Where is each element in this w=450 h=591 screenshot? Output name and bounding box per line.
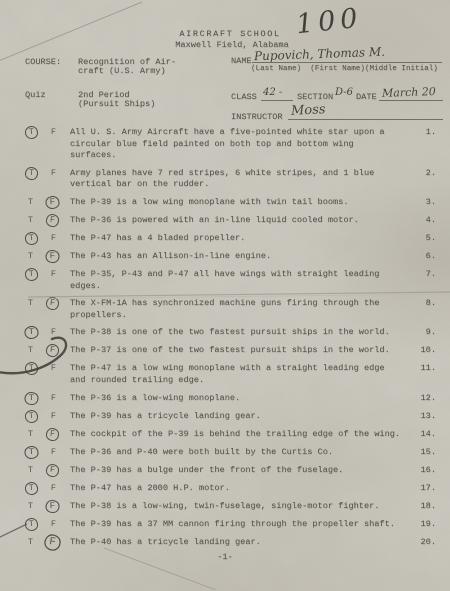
question-row: T F All U. S. Army Aircraft have a five-… — [24, 127, 436, 162]
answer-false-mark: F — [45, 250, 60, 264]
answer-marks: T F — [24, 127, 70, 139]
answer-false-mark: F — [45, 463, 59, 477]
answer-false-mark: F — [48, 168, 59, 179]
answer-true-mark: T — [24, 409, 38, 423]
answer-marks: T F — [24, 233, 70, 245]
answer-marks: T F — [24, 537, 70, 549]
date-underline — [379, 100, 443, 101]
answer-true-mark: T — [25, 537, 36, 548]
class-underline — [261, 100, 293, 101]
answer-marks: T F — [24, 215, 70, 227]
handwritten-date: March 20 — [382, 85, 436, 100]
answer-marks: T F — [24, 519, 70, 531]
name-label: NAME — [231, 56, 252, 66]
answer-marks: T F — [24, 168, 70, 180]
handwritten-section: D-6 — [335, 87, 353, 98]
answer-true-mark: T — [25, 215, 36, 226]
answer-true-mark: T — [24, 391, 39, 405]
question-text: The P-38 is one of the two fastest pursu… — [70, 327, 408, 339]
name-caption: (Last Name) (First Name)(Middle Initial) — [251, 64, 438, 74]
answer-marks: T F — [24, 345, 70, 357]
answer-false-mark: F — [48, 519, 59, 530]
answer-marks: T F — [24, 269, 70, 281]
answer-true-mark: T — [24, 326, 39, 340]
question-text: The P-47 has a 2000 H.P. motor. — [70, 483, 408, 495]
answer-true-mark: T — [24, 362, 38, 376]
class-label: CLASS — [231, 92, 257, 102]
question-row: T F The P-39 has a bulge under the front… — [24, 465, 436, 477]
question-number: 10. — [408, 345, 436, 357]
answer-false-mark: F — [48, 233, 59, 244]
question-row: T F Army planes have 7 red stripes, 6 wh… — [24, 168, 436, 191]
question-number: 2. — [408, 168, 436, 180]
question-row: T F The P-36 and P-40 were both built by… — [24, 447, 436, 459]
answer-true-mark: T — [24, 231, 38, 245]
answer-true-mark: T — [24, 445, 39, 459]
question-number: 8. — [408, 298, 436, 310]
question-text: The cockpit of the P-39 is behind the tr… — [70, 429, 408, 441]
question-row: T F The P-36 is powered with an in-line … — [24, 215, 436, 227]
question-number: 15. — [408, 447, 436, 459]
question-text: The P-37 is one of the two fastest pursu… — [70, 345, 408, 357]
course-label: COURSE: — [25, 57, 61, 67]
question-number: 9. — [408, 327, 436, 339]
answer-false-mark: F — [48, 127, 59, 138]
answer-false-mark: F — [45, 213, 59, 227]
answer-marks: T F — [24, 411, 70, 423]
answer-marks: T F — [24, 429, 70, 441]
answer-true-mark: T — [25, 197, 36, 208]
question-number: 1. — [408, 127, 436, 139]
question-text: The X-FM-1A has synchronized machine gun… — [70, 298, 408, 321]
answer-true-mark: T — [25, 429, 36, 440]
question-text: The P-43 has an Allison-in-line engine. — [70, 251, 408, 263]
question-number: 20. — [408, 537, 436, 549]
question-row: T F The P-38 is one of the two fastest p… — [24, 327, 436, 339]
answer-marks: T F — [24, 465, 70, 477]
question-text: The P-38 is a low-wing, twin-fuselage, s… — [70, 501, 408, 513]
question-number: 19. — [408, 519, 436, 531]
question-number: 18. — [408, 501, 436, 513]
question-text: The P-35, P-43 and P-47 all have wings w… — [70, 269, 408, 292]
answer-false-mark: F — [48, 363, 59, 374]
answer-true-mark: T — [24, 481, 38, 495]
question-row: T F The P-43 has an Allison-in-line engi… — [24, 251, 436, 263]
date-label: DATE — [356, 92, 377, 102]
handwritten-class: 42 - — [263, 87, 282, 98]
answer-false-mark: F — [45, 344, 59, 358]
question-number: 5. — [408, 233, 436, 245]
answer-false-mark: F — [48, 483, 59, 494]
question-row: T F The P-37 is one of the two fastest p… — [24, 345, 436, 357]
section-label: SECTION — [297, 92, 333, 102]
answer-marks: T F — [24, 447, 70, 459]
question-text: All U. S. Army Aircraft have a five-poin… — [70, 127, 408, 162]
quiz-label: Quiz — [25, 90, 46, 100]
question-text: The P-47 has a 4 bladed propeller. — [70, 233, 408, 245]
question-row: T F The P-39 is a low wing monoplane wit… — [24, 197, 436, 209]
question-list: T F All U. S. Army Aircraft have a five-… — [24, 127, 436, 555]
answer-true-mark: T — [25, 465, 36, 476]
question-row: T F The P-39 has a tricycle landing gear… — [24, 411, 436, 423]
answer-marks: T F — [24, 327, 70, 339]
question-row: T F The P-35, P-43 and P-47 all have win… — [24, 269, 436, 292]
answer-marks: T F — [24, 298, 70, 310]
name-underline — [252, 62, 442, 63]
answer-true-mark: T — [25, 251, 36, 262]
instructor-underline — [288, 119, 443, 120]
question-number: 7. — [408, 269, 436, 281]
question-text: The P-39 has a 37 MM cannon firing throu… — [70, 519, 408, 531]
answer-false-mark: F — [45, 499, 60, 513]
crease-top-left — [0, 2, 142, 62]
question-number: 3. — [408, 197, 436, 209]
question-number: 16. — [408, 465, 436, 477]
answer-true-mark: T — [24, 166, 38, 180]
answer-marks: T F — [24, 393, 70, 405]
question-text: The P-40 has a tricycle landing gear. — [70, 537, 408, 549]
answer-false-mark: F — [48, 411, 59, 422]
question-number: 4. — [408, 215, 436, 227]
scanned-quiz-document: 100 AIRCRAFT SCHOOL Maxwell Field, Alaba… — [0, 0, 450, 591]
question-number: 6. — [408, 251, 436, 263]
question-row: T F The P-47 has a 4 bladed propeller. 5… — [24, 233, 436, 245]
question-row: T F The P-39 has a 37 MM cannon firing t… — [24, 519, 436, 531]
question-row: T F The P-36 is a low-wing monoplane. 12… — [24, 393, 436, 405]
question-number: 11. — [408, 363, 436, 375]
question-text: The P-39 has a bulge under the front of … — [70, 465, 408, 477]
question-row: T F The cockpit of the P-39 is behind th… — [24, 429, 436, 441]
answer-marks: T F — [24, 501, 70, 513]
pen-tail-mark — [0, 524, 27, 538]
school-title: AIRCRAFT SCHOOL — [140, 29, 320, 39]
answer-false-mark: F — [48, 393, 59, 404]
handwritten-instructor: Moss — [291, 102, 326, 119]
question-text: The P-36 is a low-wing monoplane. — [70, 393, 408, 405]
answer-false-mark: F — [45, 427, 59, 441]
answer-true-mark: T — [24, 267, 38, 281]
question-row: T F The P-47 is a low wing monoplane wit… — [24, 363, 436, 386]
quiz-line2: (Pursuit Ships) — [78, 99, 155, 109]
question-text: The P-36 is powered with an in-line liqu… — [70, 215, 408, 227]
answer-marks: T F — [24, 197, 70, 209]
answer-marks: T F — [24, 363, 70, 375]
question-text: The P-39 is a low wing monoplane with tw… — [70, 197, 408, 209]
question-text: The P-36 and P-40 were both built by the… — [70, 447, 408, 459]
answer-false-mark: F — [43, 533, 61, 551]
question-number: 17. — [408, 483, 436, 495]
answer-true-mark: T — [24, 517, 38, 531]
answer-false-mark: F — [48, 447, 59, 458]
question-row: T F The P-38 is a low-wing, twin-fuselag… — [24, 501, 436, 513]
question-row: T F The P-40 has a tricycle landing gear… — [24, 537, 436, 549]
answer-false-mark: F — [48, 327, 59, 338]
question-text: The P-39 has a tricycle landing gear. — [70, 411, 408, 423]
question-number: 14. — [408, 429, 436, 441]
answer-marks: T F — [24, 251, 70, 263]
question-number: 13. — [408, 411, 436, 423]
answer-false-mark: F — [45, 297, 59, 311]
answer-marks: T F — [24, 483, 70, 495]
answer-true-mark: T — [25, 345, 36, 356]
answer-true-mark: T — [25, 501, 36, 512]
instructor-label: INSTRUCTOR — [231, 112, 283, 122]
question-number: 12. — [408, 393, 436, 405]
page-number: -1- — [0, 552, 450, 562]
answer-false-mark: F — [48, 269, 59, 280]
question-row: T F The P-47 has a 2000 H.P. motor. 17. — [24, 483, 436, 495]
answer-false-mark: F — [45, 196, 60, 210]
answer-true-mark: T — [25, 298, 36, 309]
answer-true-mark: T — [24, 125, 38, 139]
course-line2: craft (U.S. Army) — [78, 66, 166, 76]
question-text: The P-47 is a low wing monoplane with a … — [70, 363, 408, 386]
question-text: Army planes have 7 red stripes, 6 white … — [70, 168, 408, 191]
question-row: T F The X-FM-1A has synchronized machine… — [24, 298, 436, 321]
